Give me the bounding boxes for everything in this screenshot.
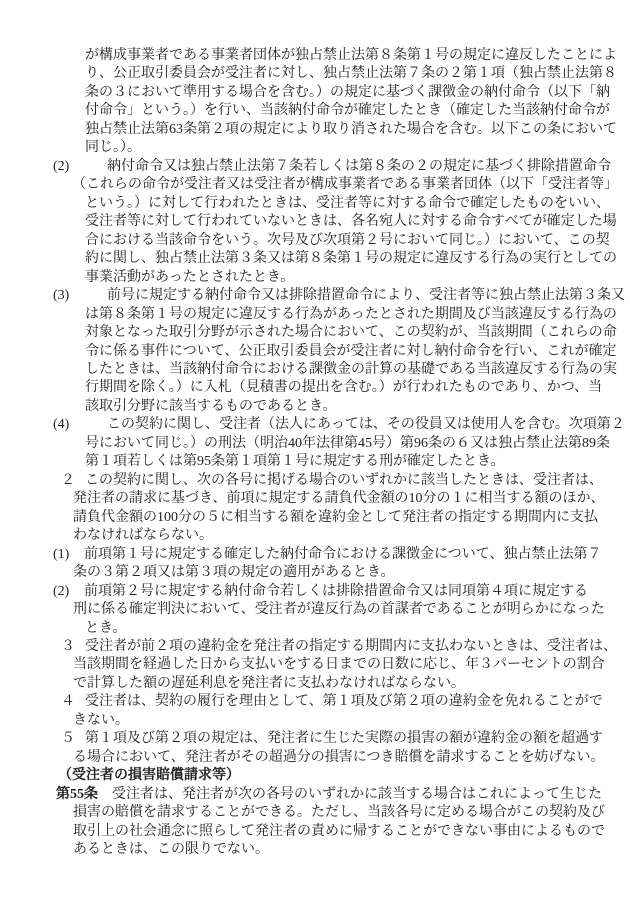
text-line: は第８条第１号の規定に違反する行為があったとされた期間及び当該違反する行為の [0, 306, 630, 324]
text-line: 行期間を除く。）に入札（見積書の提出を含む。）が行われたものであり、かつ、当 [0, 379, 630, 397]
text-line: 第１項若しくは第95条第１項第１号に規定する刑が確定したとき。 [0, 453, 630, 471]
line-text: 前項第２号に規定する納付命令若しくは排除措置命令又は同項第４項に規定する [84, 584, 588, 599]
text-line: が構成事業者である事業者団体が独占禁止法第８条第１号の規定に違反したことによ [0, 47, 630, 65]
line-text: 受注者は、契約の履行を理由として、第１項及び第２項の違約金を免れることがで [85, 694, 603, 709]
paragraph-number: ３ [61, 638, 85, 656]
line-text: 号において同じ。）の刑法（明治40年法律第45号）第96条の６又は独占禁止法第8… [85, 436, 610, 451]
text-line: (2)前項第２号に規定する納付命令若しくは排除措置命令又は同項第４項に規定する [0, 583, 630, 601]
text-line: とき。 [0, 620, 630, 638]
line-text: 合における当該命令をいう。次号及び次項第２号において同じ。）において、この契 [85, 233, 610, 248]
line-text: 事業活動があったとされたとき。 [85, 270, 294, 285]
document-body: が構成事業者である事業者団体が独占禁止法第８条第１号の規定に違反したことにより、… [0, 47, 630, 860]
line-text: 付命令」という。）を行い、当該納付命令が確定したとき（確定した当該納付命令が [85, 103, 610, 118]
item-number: (3) [53, 287, 107, 305]
text-line: (4)この契約に関し、受注者（法人にあっては、その役員又は使用人を含む。次項第２ [0, 416, 630, 434]
line-text: で計算した額の遅延利息を発注者に支払わなければならない。 [73, 676, 465, 691]
line-text: が構成事業者である事業者団体が独占禁止法第８条第１号の規定に違反したことによ [85, 48, 617, 63]
text-line: 当該期間を経過した日から支払いをする日までの日数に応じ、年３パーセントの割合 [0, 656, 630, 674]
text-line: 対象となった取引分野が示された場合において、この契約が、当該期間（これらの命 [0, 324, 630, 342]
line-text: 当該期間を経過した日から支払いをする日までの日数に応じ、年３パーセントの割合 [73, 657, 605, 672]
text-line: したときは、当該納付命令における課徴金の計算の基礎である当該違反する行為の実 [0, 361, 630, 379]
line-text: 損害の賠償を請求することができる。ただし、当該各号に定める場合がこの契約及び [73, 805, 605, 820]
text-line: 約に関し、独占禁止法第３条又は第８条第１号の規定に違反する行為の実行としての [0, 250, 630, 268]
line-text: 発注者の請求に基づき、前項に規定する請負代金額の10分の１に相当する額のほか、 [73, 491, 604, 506]
line-text: 取引上の社会通念に照らして発注者の責めに帰することができない事由によるもので [73, 824, 605, 839]
clause-heading: （受注者の損害賠償請求等） [0, 767, 630, 785]
text-line: 条の３第２項又は第３項の規定の適用があるとき。 [0, 564, 630, 582]
text-line: きない。 [0, 712, 630, 730]
text-line: 独占禁止法第63条第２項の規定により取り消された場合を含む。以下この条において [0, 121, 630, 139]
text-line: (3)前号に規定する納付命令又は排除措置命令により、受注者等に独占禁止法第３条又 [0, 287, 630, 305]
line-text: 行期間を除く。）に入札（見積書の提出を含む。）が行われたものであり、かつ、当 [85, 380, 602, 395]
line-text: 受注者が前２項の違約金を発注者の指定する期間内に支払わないときは、受注者は、 [85, 639, 617, 654]
text-line: （これらの命令が受注者又は受注者が構成事業者である事業者団体（以下「受注者等」 [0, 176, 630, 194]
line-text: という。）に対して行われたときは、受注者等に対する命令で確定したものをいい、 [85, 196, 610, 211]
article-number: 第55条 [56, 786, 112, 804]
line-text: 約に関し、独占禁止法第３条又は第８条第１号の規定に違反する行為の実行としての [85, 251, 617, 266]
text-line: ３受注者が前２項の違約金を発注者の指定する期間内に支払わないときは、受注者は、 [0, 638, 630, 656]
line-text: 請負代金額の100分の５に相当する額を違約金として発注者の指定する期間内に支払 [73, 510, 598, 525]
text-line: ２この契約に関し、次の各号に掲げる場合のいずれかに該当したときは、受注者は、 [0, 472, 630, 490]
text-line: 事業活動があったとされたとき。 [0, 269, 630, 287]
line-text: （これらの命令が受注者又は受注者が構成事業者である事業者団体（以下「受注者等」 [72, 177, 618, 192]
line-text: 対象となった取引分野が示された場合において、この契約が、当該期間（これらの命 [85, 325, 617, 340]
line-text: 納付命令又は独占禁止法第７条若しくは第８条の２の規定に基づく排除措置命令 [107, 159, 611, 174]
line-text: 刑に係る確定判決において、受注者が違反行為の首謀者であることが明らかになった [73, 602, 605, 617]
text-line: 同じ。）。 [0, 139, 630, 157]
line-text: 条の３第２項又は第３項の規定の適用があるとき。 [73, 565, 394, 580]
line-text: あるときは、この限りでない。 [73, 842, 269, 857]
text-line: 請負代金額の100分の５に相当する額を違約金として発注者の指定する期間内に支払 [0, 509, 630, 527]
line-text: 前号に規定する納付命令又は排除措置命令により、受注者等に独占禁止法第３条又 [107, 288, 625, 303]
line-text: この契約に関し、次の各号に掲げる場合のいずれかに該当したときは、受注者は、 [85, 473, 603, 488]
line-text: る場合において、発注者がその超過分の損害につき賠償を請求することを妨げない。 [73, 750, 604, 765]
line-text: 受注者等に対して行われていないときは、各名宛人に対する命令すべてが確定した場 [85, 214, 617, 229]
text-line: あるときは、この限りでない。 [0, 841, 630, 859]
line-text: 第１項若しくは第95条第１項第１号に規定する刑が確定したとき。 [85, 454, 504, 469]
document-page: が構成事業者である事業者団体が独占禁止法第８条第１号の規定に違反したことにより、… [0, 0, 630, 903]
line-text: したときは、当該納付命令における課徴金の計算の基礎である当該違反する行為の実 [85, 362, 617, 377]
text-line: 該取引分野に該当するものであるとき。 [0, 398, 630, 416]
text-line: 取引上の社会通念に照らして発注者の責めに帰することができない事由によるもので [0, 823, 630, 841]
line-text: 独占禁止法第63条第２項の規定により取り消された場合を含む。以下この条において [85, 122, 617, 137]
item-number: (1) [53, 546, 84, 564]
item-number: (2) [53, 158, 107, 176]
line-text: 前項第１号に規定する確定した納付命令における課徴金について、独占禁止法第７ [84, 547, 601, 562]
text-line: 発注者の請求に基づき、前項に規定する請負代金額の10分の１に相当する額のほか、 [0, 490, 630, 508]
text-line: わなければならない。 [0, 527, 630, 545]
line-text: 令に係る事件について、公正取引委員会が受注者に対し納付命令を行い、これが確定 [85, 344, 616, 359]
line-text: 条の３において準用する場合を含む。）の規定に基づく課徴金の納付命令（以下「納 [85, 85, 610, 100]
text-line: 刑に係る確定判決において、受注者が違反行為の首謀者であることが明らかになった [0, 601, 630, 619]
text-line: 合における当該命令をいう。次号及び次項第２号において同じ。）において、この契 [0, 232, 630, 250]
line-text: は第８条第１号の規定に違反する行為があったとされた期間及び当該違反する行為の [85, 307, 617, 322]
item-number: (4) [53, 416, 107, 434]
text-line: で計算した額の遅延利息を発注者に支払わなければならない。 [0, 675, 630, 693]
paragraph-number: ２ [61, 472, 85, 490]
paragraph-number: ５ [61, 730, 85, 748]
line-text: 同じ。）。 [85, 140, 141, 155]
text-line: 令に係る事件について、公正取引委員会が受注者に対し納付命令を行い、これが確定 [0, 343, 630, 361]
line-text: きない。 [73, 713, 129, 728]
text-line: 第55条受注者は、発注者が次の各号のいずれかに該当する場合はこれによって生じた [0, 786, 630, 804]
text-line: 付命令」という。）を行い、当該納付命令が確定したとき（確定した当該納付命令が [0, 102, 630, 120]
text-line: ５第１項及び第２項の規定は、発注者に生じた実際の損害の額が違約金の額を超過す [0, 730, 630, 748]
text-line: 条の３において準用する場合を含む。）の規定に基づく課徴金の納付命令（以下「納 [0, 84, 630, 102]
line-text: とき。 [85, 621, 126, 636]
text-line: り、公正取引委員会が受注者に対し、独占禁止法第７条の２第１項（独占禁止法第８ [0, 65, 630, 83]
line-text: この契約に関し、受注者（法人にあっては、その役員又は使用人を含む。次項第２ [107, 417, 625, 432]
text-line: 損害の賠償を請求することができる。ただし、当該各号に定める場合がこの契約及び [0, 804, 630, 822]
text-line: (1)前項第１号に規定する確定した納付命令における課徴金について、独占禁止法第７ [0, 546, 630, 564]
text-line: (2)納付命令又は独占禁止法第７条若しくは第８条の２の規定に基づく排除措置命令 [0, 158, 630, 176]
paragraph-number: ４ [61, 693, 85, 711]
line-text: わなければならない。 [73, 528, 213, 543]
line-text: 第１項及び第２項の規定は、発注者に生じた実際の損害の額が違約金の額を超過す [85, 731, 603, 746]
item-number: (2) [53, 583, 84, 601]
text-line: 受注者等に対して行われていないときは、各名宛人に対する命令すべてが確定した場 [0, 213, 630, 231]
line-text: 該取引分野に該当するものであるとき。 [85, 399, 336, 414]
text-line: 号において同じ。）の刑法（明治40年法律第45号）第96条の６又は独占禁止法第8… [0, 435, 630, 453]
line-text: 受注者は、発注者が次の各号のいずれかに該当する場合はこれによって生じた [112, 787, 602, 802]
text-line: という。）に対して行われたときは、受注者等に対する命令で確定したものをいい、 [0, 195, 630, 213]
text-line: る場合において、発注者がその超過分の損害につき賠償を請求することを妨げない。 [0, 749, 630, 767]
line-text: （受注者の損害賠償請求等） [58, 768, 240, 783]
text-line: ４受注者は、契約の履行を理由として、第１項及び第２項の違約金を免れることがで [0, 693, 630, 711]
line-text: り、公正取引委員会が受注者に対し、独占禁止法第７条の２第１項（独占禁止法第８ [85, 66, 617, 81]
